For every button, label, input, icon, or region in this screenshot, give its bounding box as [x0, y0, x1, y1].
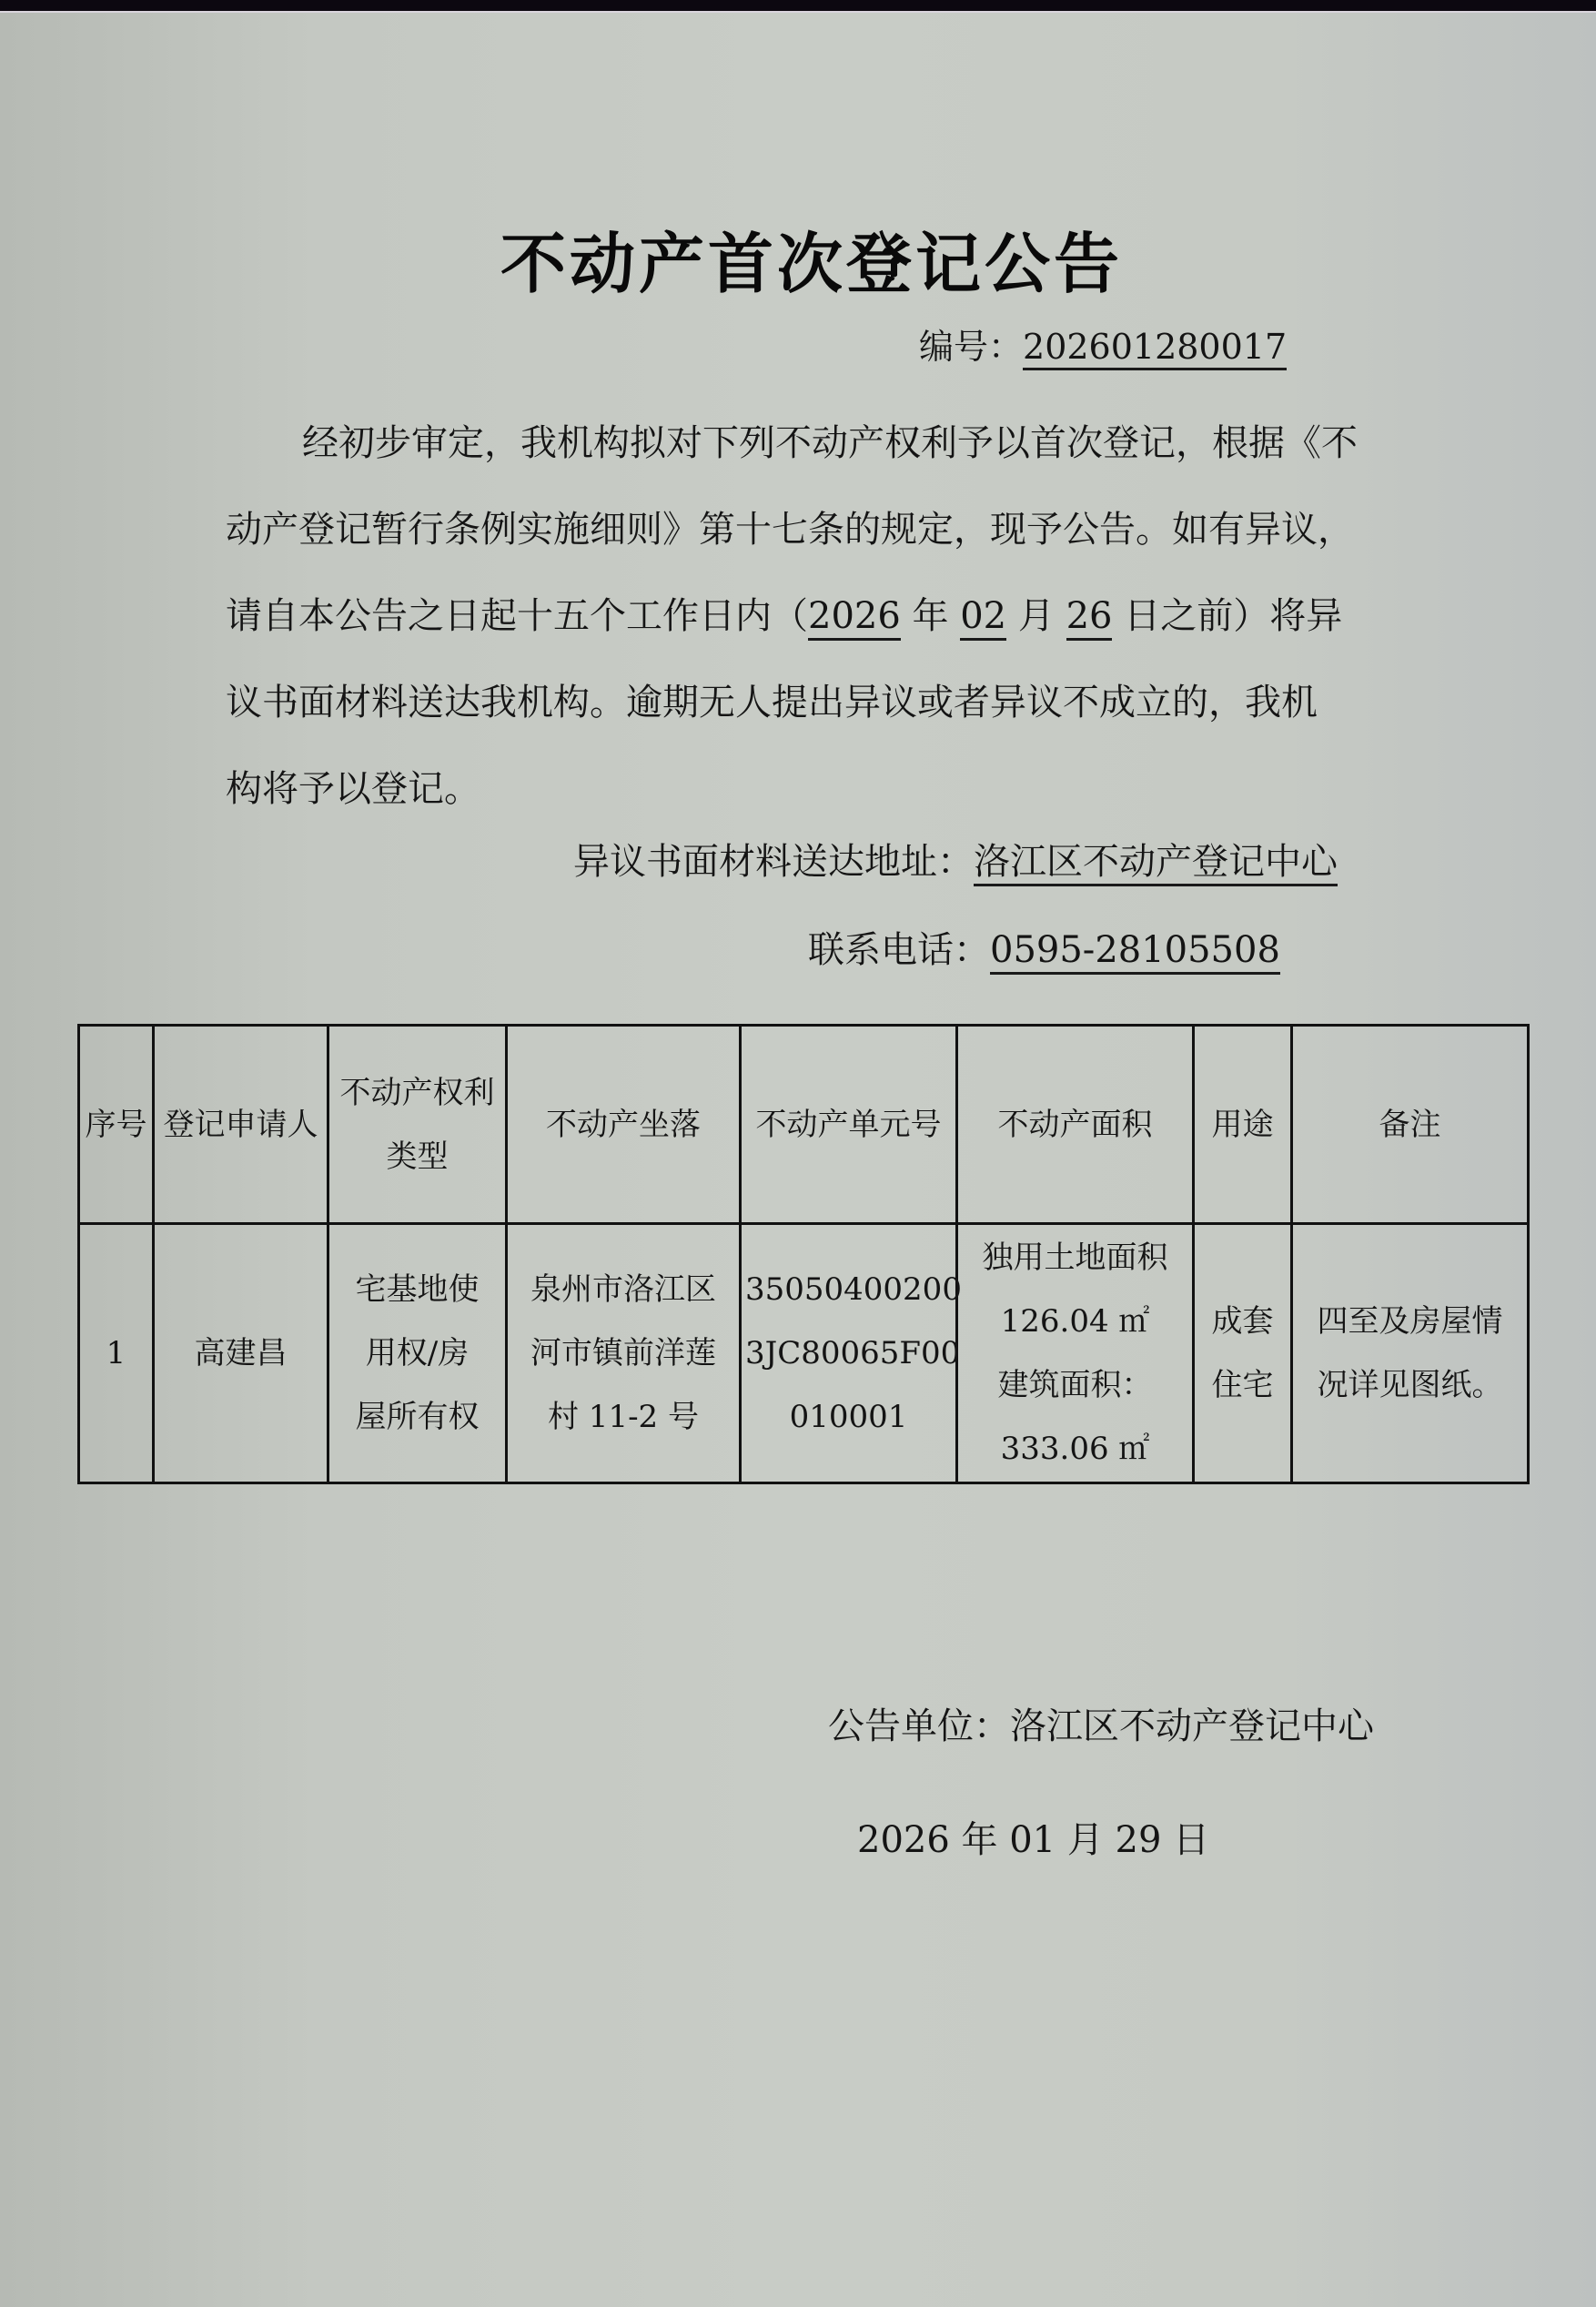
cell-unit-no: 350504002003JC80065F00010001 [741, 1224, 957, 1483]
deadline-day-suffix: 日之前）将异 [1112, 595, 1342, 637]
serial-label: 编号： [919, 327, 1023, 367]
header-remark: 备注 [1292, 1026, 1529, 1224]
serial-number: 编号：202601280017 [919, 319, 1287, 369]
deadline-year: 2026 [808, 595, 901, 641]
header-area: 不动产面积 [957, 1026, 1194, 1224]
cell-usage: 成套住宅 [1194, 1224, 1292, 1483]
header-right-type: 不动产权利类型 [328, 1026, 507, 1224]
objection-address: 异议书面材料送达地址：洛江区不动产登记中心 [573, 833, 1338, 885]
table-header-row: 序号 登记申请人 不动产权利类型 不动产坐落 不动产单元号 不动产面积 用途 备… [79, 1026, 1529, 1224]
issue-date: 2026 年 01 月 29 日 [857, 1811, 1209, 1863]
paragraph-line-deadline: 请自本公告之日起十五个工作日内（2026 年 02 月 26 日之前）将异 [226, 573, 1381, 660]
cell-right-type: 宅基地使用权/房屋所有权 [328, 1224, 507, 1483]
cell-index: 1 [79, 1224, 154, 1483]
paragraph-line: 动产登记暂行条例实施细则》第十七条的规定，现予公告。如有异议， [226, 487, 1381, 573]
objection-address-label: 异议书面材料送达地址： [573, 841, 974, 883]
header-applicant: 登记申请人 [154, 1026, 328, 1224]
deadline-year-suffix: 年 [901, 595, 960, 637]
issuing-unit: 公告单位：洛江区不动产登记中心 [828, 1697, 1374, 1749]
header-location: 不动产坐落 [507, 1026, 741, 1224]
cell-area: 独用土地面积126.04 ㎡建筑面积：333.06 ㎡ [957, 1224, 1194, 1483]
deadline-month-suffix: 月 [1006, 595, 1066, 637]
cell-remark: 四至及房屋情况详见图纸。 [1292, 1224, 1529, 1483]
contact-phone: 联系电话：0595-28105508 [808, 921, 1280, 973]
page-title: 不动产首次登记公告 [500, 211, 1123, 306]
issuing-unit-label: 公告单位： [828, 1705, 1010, 1747]
photo-top-edge [0, 0, 1596, 13]
notice-paragraph: 经初步审定，我机构拟对下列不动产权利予以首次登记，根据《不 动产登记暂行条例实施… [226, 400, 1381, 833]
deadline-prefix: 请自本公告之日起十五个工作日内（ [226, 595, 808, 637]
paragraph-line: 议书面材料送达我机构。逾期无人提出异议或者异议不成立的，我机 [226, 660, 1381, 746]
phone-value: 0595-28105508 [990, 929, 1280, 975]
registration-table: 序号 登记申请人 不动产权利类型 不动产坐落 不动产单元号 不动产面积 用途 备… [77, 1024, 1530, 1484]
header-index: 序号 [79, 1026, 154, 1224]
header-unit-no: 不动产单元号 [741, 1026, 957, 1224]
cell-applicant: 高建昌 [154, 1224, 328, 1483]
paragraph-line: 经初步审定，我机构拟对下列不动产权利予以首次登记，根据《不 [226, 400, 1381, 487]
paragraph-line: 构将予以登记。 [226, 746, 1381, 833]
serial-value: 202601280017 [1023, 327, 1287, 370]
issuing-unit-value: 洛江区不动产登记中心 [1010, 1705, 1374, 1747]
objection-address-value: 洛江区不动产登记中心 [974, 841, 1338, 886]
header-usage: 用途 [1194, 1026, 1292, 1224]
table-row: 1 高建昌 宅基地使用权/房屋所有权 泉州市洛江区河市镇前洋莲村 11-2 号 … [79, 1224, 1529, 1483]
phone-label: 联系电话： [808, 929, 990, 971]
deadline-month: 02 [960, 595, 1006, 641]
deadline-day: 26 [1066, 595, 1113, 641]
cell-location: 泉州市洛江区河市镇前洋莲村 11-2 号 [507, 1224, 741, 1483]
